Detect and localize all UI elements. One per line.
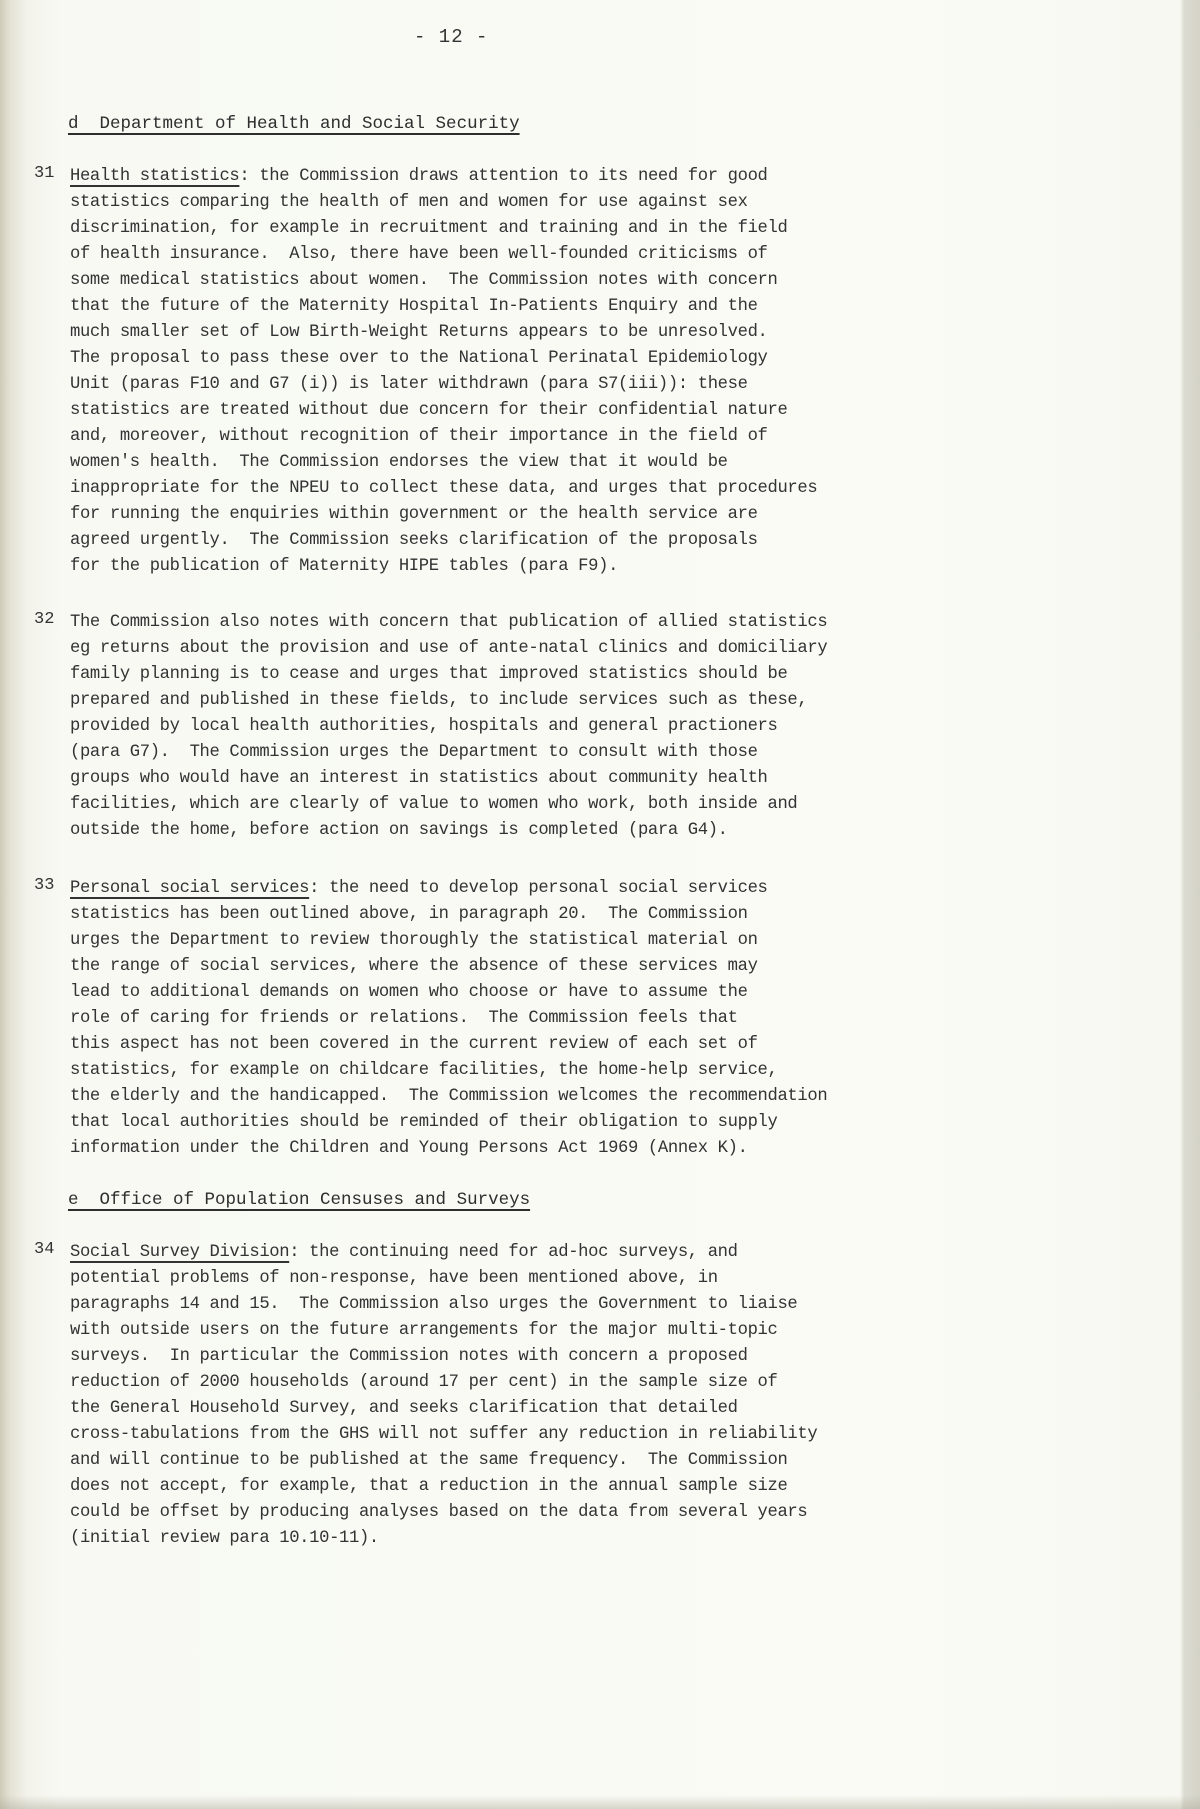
page-number: - 12 - <box>414 26 488 48</box>
paragraph-number: 31 <box>34 164 54 183</box>
paragraph-lead: Health statistics <box>70 167 239 186</box>
page-bottom-edge <box>0 1795 1200 1809</box>
paragraph-number: 33 <box>34 876 54 895</box>
paragraph-number: 34 <box>34 1240 54 1259</box>
paragraph-lead: Social Survey Division <box>70 1243 289 1262</box>
paragraph-lead: Personal social services <box>70 879 309 898</box>
section-heading-opcs: e Office of Population Censuses and Surv… <box>68 1190 530 1210</box>
document-page: - 12 - d Department of Health and Social… <box>0 0 1200 1809</box>
paragraph-number: 32 <box>34 610 54 629</box>
section-heading-dhss: d Department of Health and Social Securi… <box>68 114 520 134</box>
